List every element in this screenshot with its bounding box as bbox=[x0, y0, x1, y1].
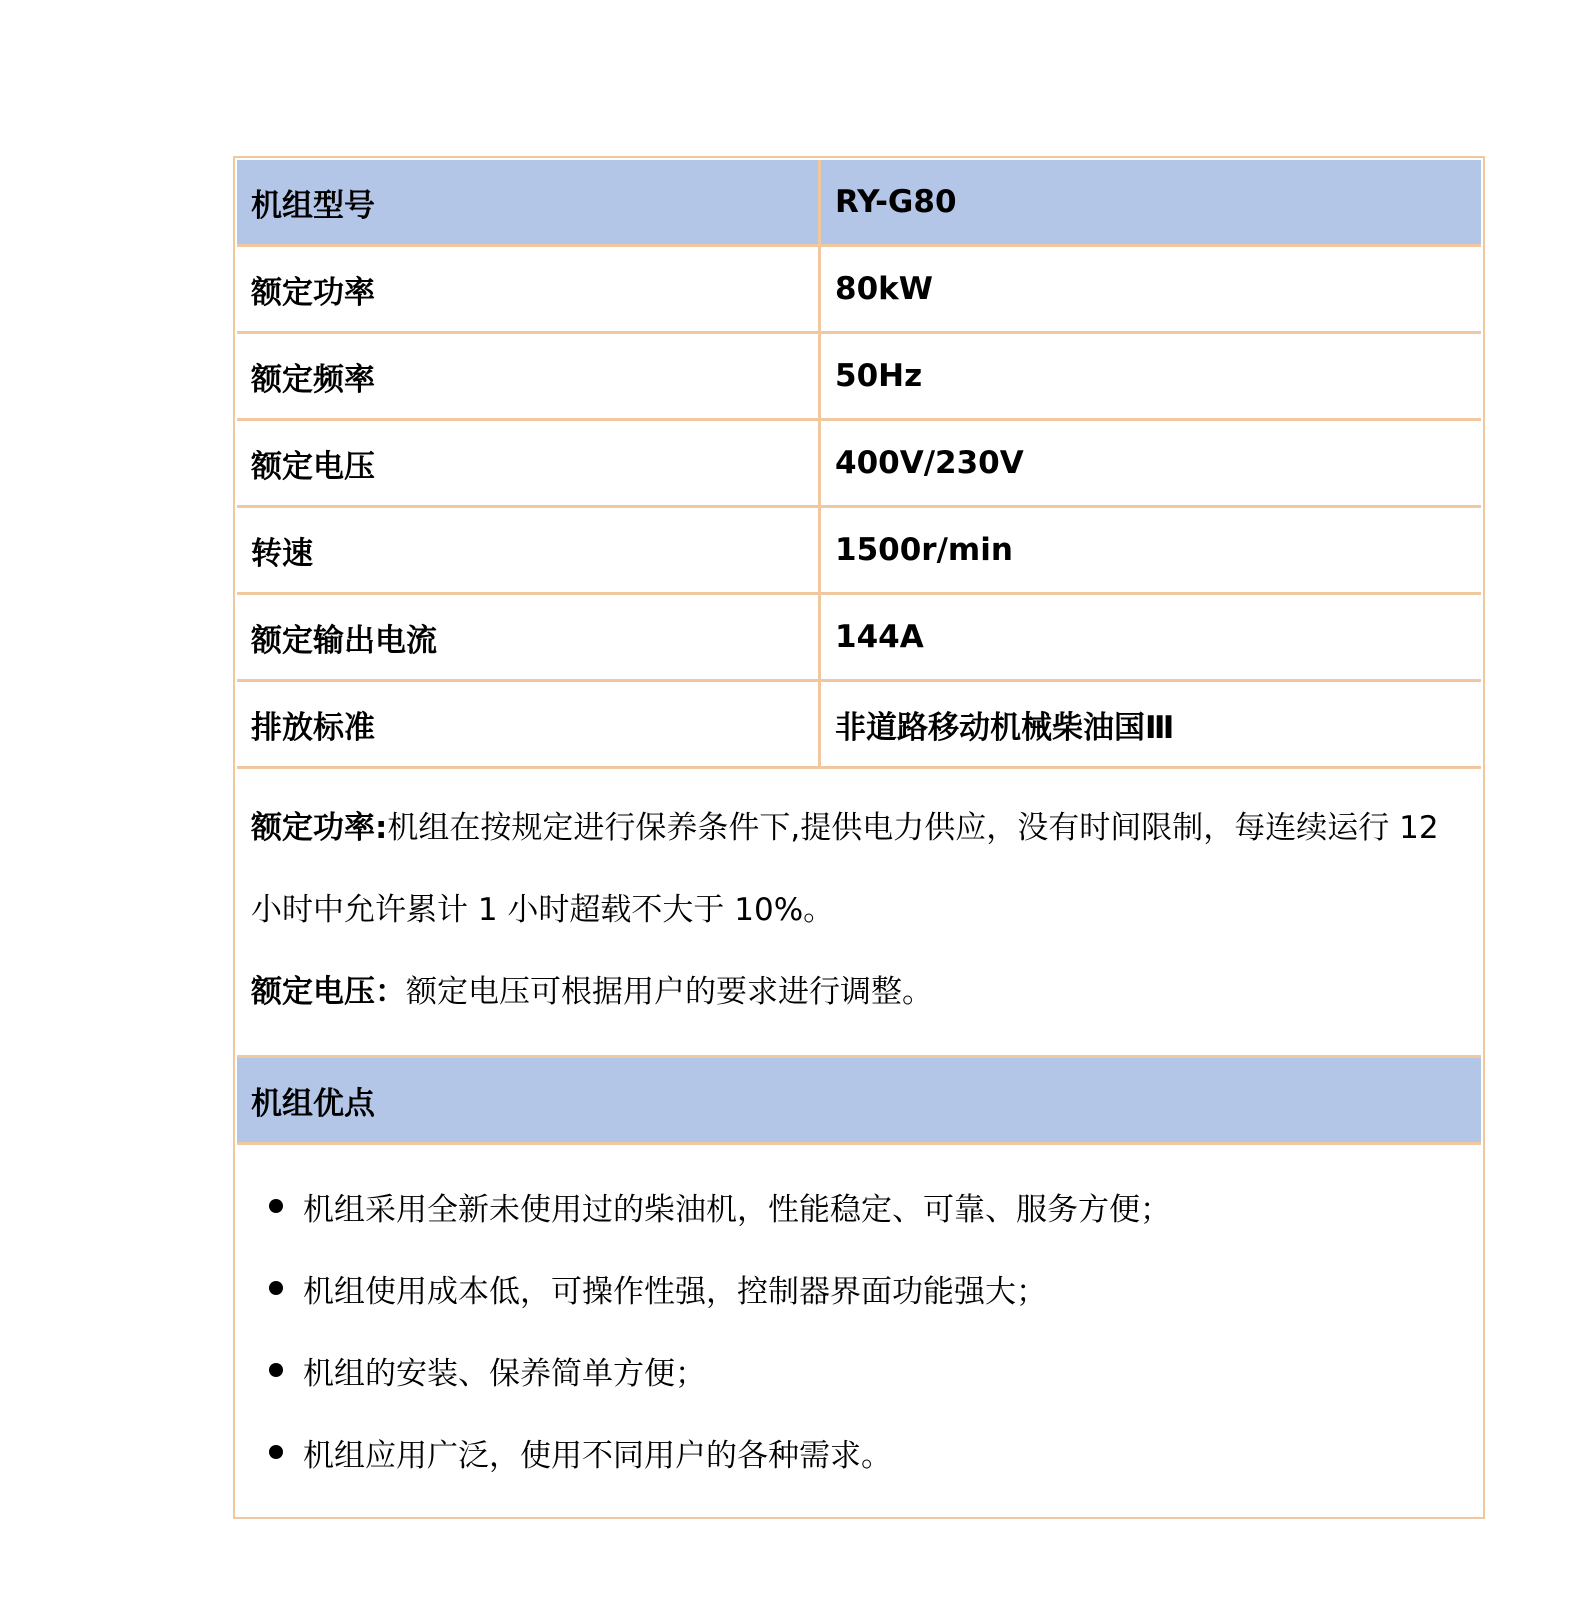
notes-section: 额定功率:机组在按规定进行保养条件下,提供电力供应，没有时间限制，每连续运行 1… bbox=[237, 769, 1481, 1058]
list-item: 机组使用成本低，可操作性强，控制器界面功能强大； bbox=[269, 1247, 1467, 1329]
list-item: 机组采用全新未使用过的柴油机，性能稳定、可靠、服务方便； bbox=[269, 1165, 1467, 1247]
spec-value: 144A bbox=[821, 595, 1481, 679]
spec-label: 额定电压 bbox=[237, 421, 821, 505]
spec-row-model: 机组型号 RY-G80 bbox=[237, 160, 1481, 247]
bullet-icon bbox=[269, 1199, 283, 1213]
spec-label: 额定频率 bbox=[237, 334, 821, 418]
spec-label: 额定功率 bbox=[237, 247, 821, 331]
note-key: 额定功率: bbox=[251, 810, 387, 846]
spec-row-speed: 转速 1500r/min bbox=[237, 508, 1481, 595]
spec-row-rated-voltage: 额定电压 400V/230V bbox=[237, 421, 1481, 508]
bullet-icon bbox=[269, 1281, 283, 1295]
note-text: 机组在按规定进行保养条件下,提供电力供应，没有时间限制，每连续运行 12 小时中… bbox=[251, 810, 1439, 928]
spec-value: 非道路移动机械柴油国Ⅲ bbox=[821, 682, 1481, 766]
list-item-text: 机组应用广泛，使用不同用户的各种需求。 bbox=[303, 1430, 892, 1475]
spec-label: 排放标准 bbox=[237, 682, 821, 766]
spec-value: 50Hz bbox=[821, 334, 1481, 418]
note-rated-voltage: 额定电压：额定电压可根据用户的要求进行调整。 bbox=[251, 951, 1467, 1033]
spec-value: 1500r/min bbox=[821, 508, 1481, 592]
list-item: 机组应用广泛，使用不同用户的各种需求。 bbox=[269, 1411, 1467, 1493]
spec-value: 80kW bbox=[821, 247, 1481, 331]
spec-row-emission-standard: 排放标准 非道路移动机械柴油国Ⅲ bbox=[237, 682, 1481, 769]
list-item-text: 机组的安装、保养简单方便； bbox=[303, 1348, 706, 1393]
note-rated-power: 额定功率:机组在按规定进行保养条件下,提供电力供应，没有时间限制，每连续运行 1… bbox=[251, 787, 1467, 951]
spec-row-rated-power: 额定功率 80kW bbox=[237, 247, 1481, 334]
bullet-icon bbox=[269, 1445, 283, 1459]
note-key: 额定电压： bbox=[251, 974, 406, 1010]
bullet-icon bbox=[269, 1363, 283, 1377]
spec-row-rated-frequency: 额定频率 50Hz bbox=[237, 334, 1481, 421]
spec-value: 400V/230V bbox=[821, 421, 1481, 505]
advantages-title: 机组优点 bbox=[237, 1058, 1481, 1145]
spec-table: 机组型号 RY-G80 额定功率 80kW 额定频率 50Hz 额定电压 400… bbox=[233, 156, 1485, 1519]
advantages-list: 机组采用全新未使用过的柴油机，性能稳定、可靠、服务方便； 机组使用成本低，可操作… bbox=[237, 1145, 1481, 1515]
spec-label: 额定输出电流 bbox=[237, 595, 821, 679]
list-item-text: 机组使用成本低，可操作性强，控制器界面功能强大； bbox=[303, 1266, 1047, 1311]
list-item: 机组的安装、保养简单方便； bbox=[269, 1329, 1467, 1411]
spec-label: 转速 bbox=[237, 508, 821, 592]
spec-value: RY-G80 bbox=[821, 160, 1481, 244]
list-item-text: 机组采用全新未使用过的柴油机，性能稳定、可靠、服务方便； bbox=[303, 1184, 1171, 1229]
note-text: 额定电压可根据用户的要求进行调整。 bbox=[406, 974, 933, 1010]
spec-row-rated-current: 额定输出电流 144A bbox=[237, 595, 1481, 682]
spec-label: 机组型号 bbox=[237, 160, 821, 244]
